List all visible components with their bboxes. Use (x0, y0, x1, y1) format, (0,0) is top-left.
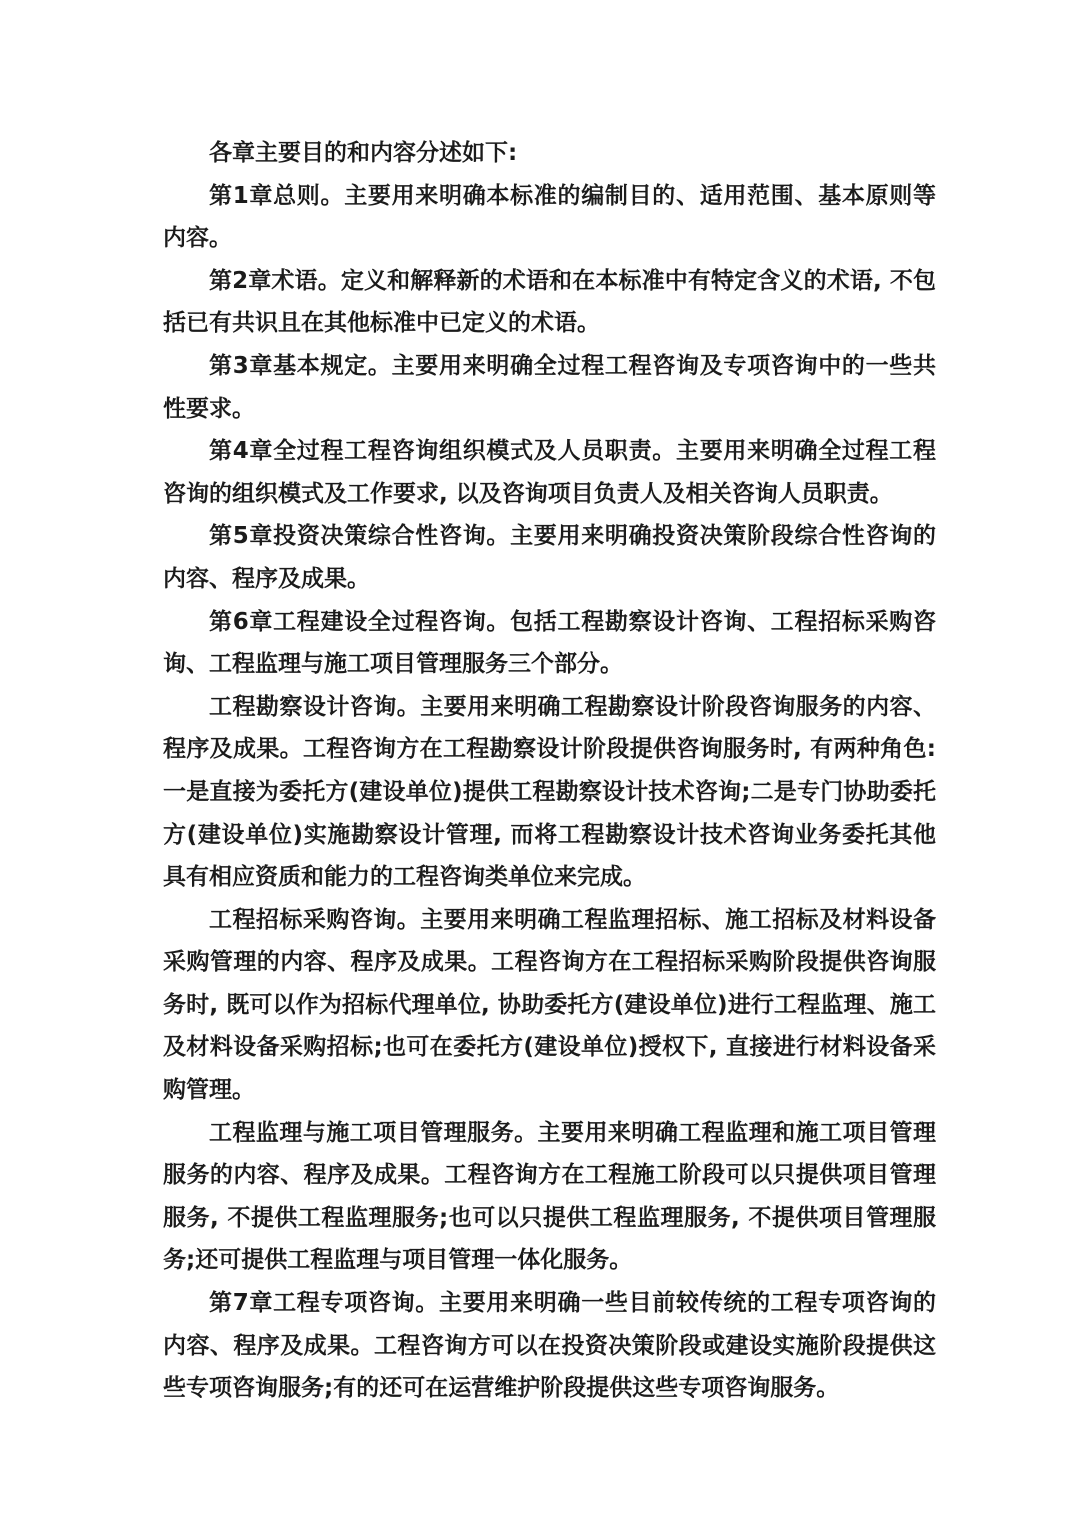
paragraph-chapter-6: 第6章工程建设全过程咨询。包括工程勘察设计咨询、工程招标采购咨询、工程监理与施工… (163, 601, 936, 686)
paragraph-supervision-pm-services: 工程监理与施工项目管理服务。主要用来明确工程监理和施工项目管理服务的内容、程序及… (163, 1112, 936, 1282)
document-page: 各章主要目的和内容分述如下: 第1章总则。主要用来明确本标准的编制目的、适用范围… (0, 0, 1080, 1527)
paragraph-chapter-7: 第7章工程专项咨询。主要用来明确一些目前较传统的工程专项咨询的内容、程序及成果。… (163, 1282, 936, 1410)
paragraph-survey-design-consulting: 工程勘察设计咨询。主要用来明确工程勘察设计阶段咨询服务的内容、程序及成果。工程咨… (163, 686, 936, 899)
paragraph-bidding-procurement-consulting: 工程招标采购咨询。主要用来明确工程监理招标、施工招标及材料设备采购管理的内容、程… (163, 899, 936, 1112)
paragraph-chapter-4: 第4章全过程工程咨询组织模式及人员职责。主要用来明确全过程工程咨询的组织模式及工… (163, 430, 936, 515)
document-body: 各章主要目的和内容分述如下: 第1章总则。主要用来明确本标准的编制目的、适用范围… (163, 132, 936, 1410)
paragraph-chapter-3: 第3章基本规定。主要用来明确全过程工程咨询及专项咨询中的一些共性要求。 (163, 345, 936, 430)
paragraph-chapter-1: 第1章总则。主要用来明确本标准的编制目的、适用范围、基本原则等内容。 (163, 175, 936, 260)
paragraph-chapter-2: 第2章术语。定义和解释新的术语和在本标准中有特定含义的术语, 不包括已有共识且在… (163, 260, 936, 345)
paragraph-chapter-5: 第5章投资决策综合性咨询。主要用来明确投资决策阶段综合性咨询的内容、程序及成果。 (163, 515, 936, 600)
paragraph-intro: 各章主要目的和内容分述如下: (163, 132, 936, 175)
